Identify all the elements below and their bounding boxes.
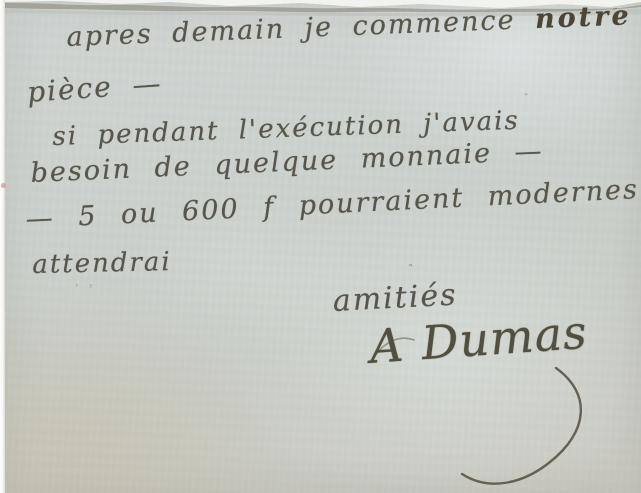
letter-scan: apres demain je commence notre pièce — s… <box>0 0 641 493</box>
letter-closing: amitiés <box>332 277 458 318</box>
paper-speck <box>1 183 6 188</box>
scan-left-margin <box>0 0 5 493</box>
pencil-scratch: ʳ ʸ <box>76 283 97 293</box>
handwritten-line-6: attendrai <box>32 247 172 280</box>
